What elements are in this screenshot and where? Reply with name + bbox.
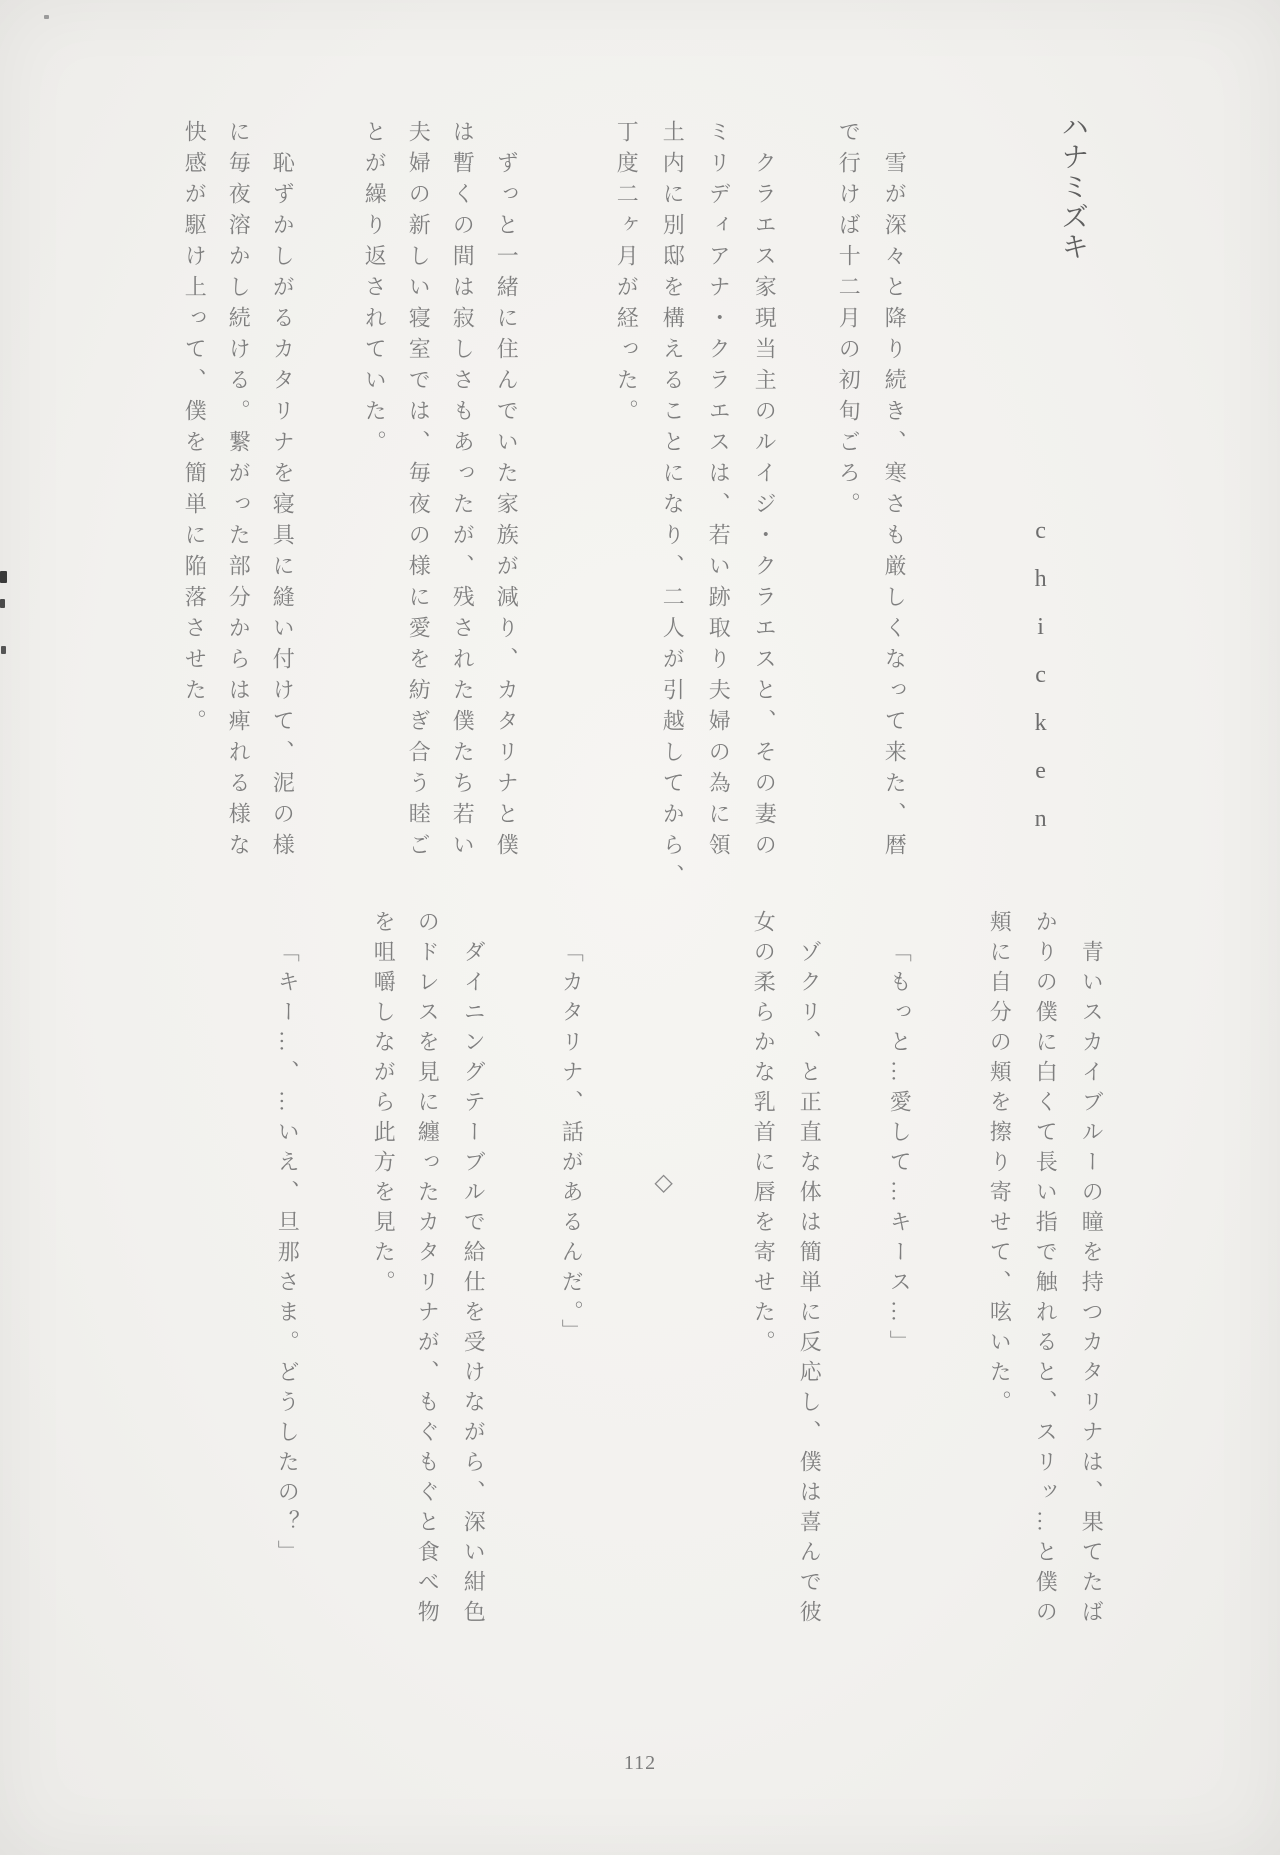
text-column: 夫婦の新しい寝室では、毎夜の様に愛を紡ぎ合う睦ご (406, 120, 431, 864)
text-column: 雪が深々と降り続き、寒さも厳しくなって来た、暦 (882, 151, 907, 864)
text-column: 「もっと…愛して…キース…」 (887, 940, 912, 1360)
text-column: 丁度二ヶ月が経った。 (614, 120, 639, 430)
text-column: は暫くの間は寂しさもあったが、残された僕たち若い (450, 120, 475, 864)
scan-artifact (1, 646, 6, 654)
scene-divider: ◇ (648, 1168, 676, 1196)
scanned-novel-page: { "meta": { "title": "ハナミズキ", "author": … (0, 0, 1280, 1855)
text-column: に毎夜溶かし続ける。繋がった部分からは痺れる様な (226, 120, 251, 864)
scan-artifact (0, 599, 5, 608)
text-column: で行けば十二月の初旬ごろ。 (836, 120, 861, 523)
text-column: ずっと一緒に住んでいた家族が減り、カタリナと僕 (494, 151, 519, 864)
text-column: 快感が駆け上って、僕を簡単に陥落させた。 (182, 120, 207, 740)
text-column: 土内に別邸を構えることになり、二人が引越してから、 (660, 120, 685, 895)
text-column: 恥ずかしがるカタリナを寝具に縫い付けて、泥の様 (270, 151, 295, 864)
text-column: かりの僕に白くて長い指で触れると、スリッ…と僕の (1033, 910, 1058, 1630)
text-column: 女の柔らかな乳首に唇を寄せた。 (751, 910, 776, 1360)
text-column: を咀嚼しながら此方を見た。 (371, 910, 396, 1300)
page-number: 112 (0, 1752, 1280, 1775)
text-column: のドレスを見に纏ったカタリナが、もぐもぐと食べ物 (415, 910, 440, 1630)
text-column: 頬に自分の頬を擦り寄せて、呟いた。 (987, 910, 1012, 1420)
text-column: とが繰り返されていた。 (362, 120, 387, 461)
text-column: ダイニングテーブルで給仕を受けながら、深い紺色 (461, 940, 486, 1630)
text-column: ゾクリ、と正直な体は簡単に反応し、僕は喜んで彼 (797, 940, 822, 1630)
author-name: chicken (1026, 518, 1054, 854)
text-column: 「キー…、…いえ、旦那さま。どうしたの？」 (275, 940, 300, 1570)
text-column: 青いスカイブルーの瞳を持つカタリナは、果てたば (1079, 940, 1104, 1630)
scan-artifact (44, 15, 49, 19)
text-column: ミリディアナ・クラエスは、若い跡取り夫婦の為に領 (706, 120, 731, 864)
story-title: ハナミズキ (1056, 112, 1088, 262)
scan-artifact (0, 571, 7, 583)
text-column: 「カタリナ、話があるんだ。」 (559, 940, 584, 1349)
text-column: クラエス家現当主のルイジ・クラエスと、その妻の (752, 151, 777, 864)
